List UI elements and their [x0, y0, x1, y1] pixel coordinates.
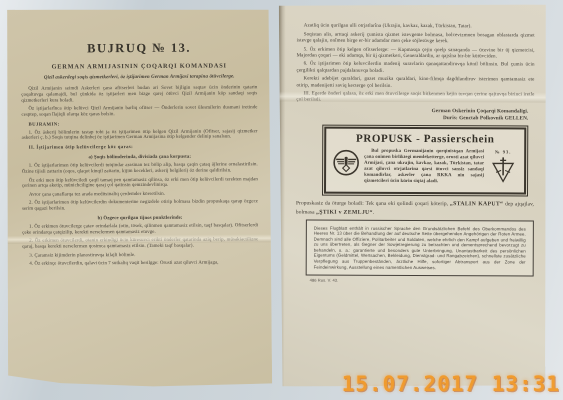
order-subtitle: GERMAN ARMIJASININ ÇOQARQI KOMANDASI	[21, 63, 257, 72]
leaflet-paragraph: Kerekti adebijet quraldari, gazet muzika…	[296, 77, 534, 90]
propusk-pass-box: PROPUSK - Passierschein	[324, 126, 526, 194]
order-section2-heading: II. İştijarimen ötip kelüvcilerge köz qa…	[22, 145, 258, 152]
slogan-stalin-kaput: „STALIN KAPUT“	[450, 201, 503, 207]
order-intro-paragraph: Öz iştijarlarînca ötip kelüvci Qizil Arm…	[21, 105, 257, 118]
leaflet-propusk-page: Azatliq ücin qurilgan ulli otrjatlarîna …	[277, 3, 547, 387]
print-code: 486 Rus. V. 43.	[310, 279, 534, 285]
propusk-title: PROPUSK - Passierschein	[332, 132, 518, 146]
propusk-usage-note: Propuskasiz da öturge boladi: Tek qana e…	[296, 199, 534, 217]
paper-fold-crease	[278, 91, 546, 102]
leaflet-paragraph: 5. Öz erkimen ötip kelgen ofitserlerge: …	[297, 47, 535, 60]
propusk-body-text: Bul propuska Germanijanin qorqinistqan A…	[364, 149, 484, 185]
order-paragraph: Avror çana çanaflarqa tez arada meditsin…	[22, 191, 258, 198]
photo-of-leaflets: BUJRUQ № 13. GERMAN ARMIJASININ ÇOQARQI …	[0, 0, 563, 400]
order-paragraph: 3. Çaramsiz kijimderin planostiruvqa kil…	[22, 252, 258, 259]
camera-timestamp: 15.07.2017 13:31	[342, 372, 560, 396]
signature-colonel: Duris: Genctab Polkovnik GELLEN.	[296, 114, 528, 122]
leaflet-paragraph: Soqistan alis, arttaqi askerij çumista q…	[297, 32, 535, 45]
order-intro-paragraph: Qizil Armijanin seimdi Askerleri çana af…	[21, 85, 257, 104]
eagle-emblem-icon	[332, 149, 360, 180]
order-subsection-a-heading: a) Şoqis bölimderinda, divisiada çana ko…	[22, 154, 258, 161]
order-command-heading: BUJRAMIN:	[22, 121, 258, 128]
leaflet-paragraph: 6. Öz iştijarimen ötip keluvcilerdin mad…	[297, 62, 535, 75]
order-dedication: Qizil askerdegi soqis qizmetkerleri, öz …	[35, 74, 243, 81]
paper-fold-crease	[7, 234, 271, 244]
order-paragraph: 1. Öz iştijarlarimen ötip kelüvcilerdi t…	[22, 163, 258, 176]
german-explanation-box: Dieses Flugblatt enthält in russischer S…	[306, 219, 534, 277]
slogan-shtiki-v-zemlju: „ŞTIKI v ZEMLJU“	[316, 209, 373, 215]
order-title: BUJRUQ № 13.	[21, 40, 257, 57]
leaflet-paragraph: Azatliq ücin qurilgan ulli otrjatlarîna …	[297, 23, 535, 30]
order-subsection-b-heading: b) Özgece qurilgan tijnos punktlerinde:	[22, 215, 258, 222]
bayonet-in-ground-icon: № 93.	[488, 150, 518, 186]
order-paragraph: 4. Öz erkinçe ötuvcilerdin, qalavi ücin …	[22, 260, 258, 267]
leaflet-order-13-page: BUJRUQ № 13. GERMAN ARMIJASININ ÇOQARQI …	[6, 8, 272, 389]
note-text: Propuskasiz da öturge boladi: Tek qana e…	[296, 200, 450, 207]
paper-fold-crease	[277, 3, 286, 386]
order-command-paragraph: 1. Öz äskerij bölimlerin tastap tobi ja …	[22, 129, 258, 142]
order-paragraph: Öz erki men ötip kelüvciledi çaqil tamaq…	[22, 177, 258, 190]
note-text: .	[373, 209, 374, 215]
signature-block: German Oskerinin Çoqarqi Komandaligi. Du…	[296, 107, 528, 122]
order-paragraph: 2. Öz iştijarlarimen ötip kelüvcilerdin …	[22, 199, 258, 212]
